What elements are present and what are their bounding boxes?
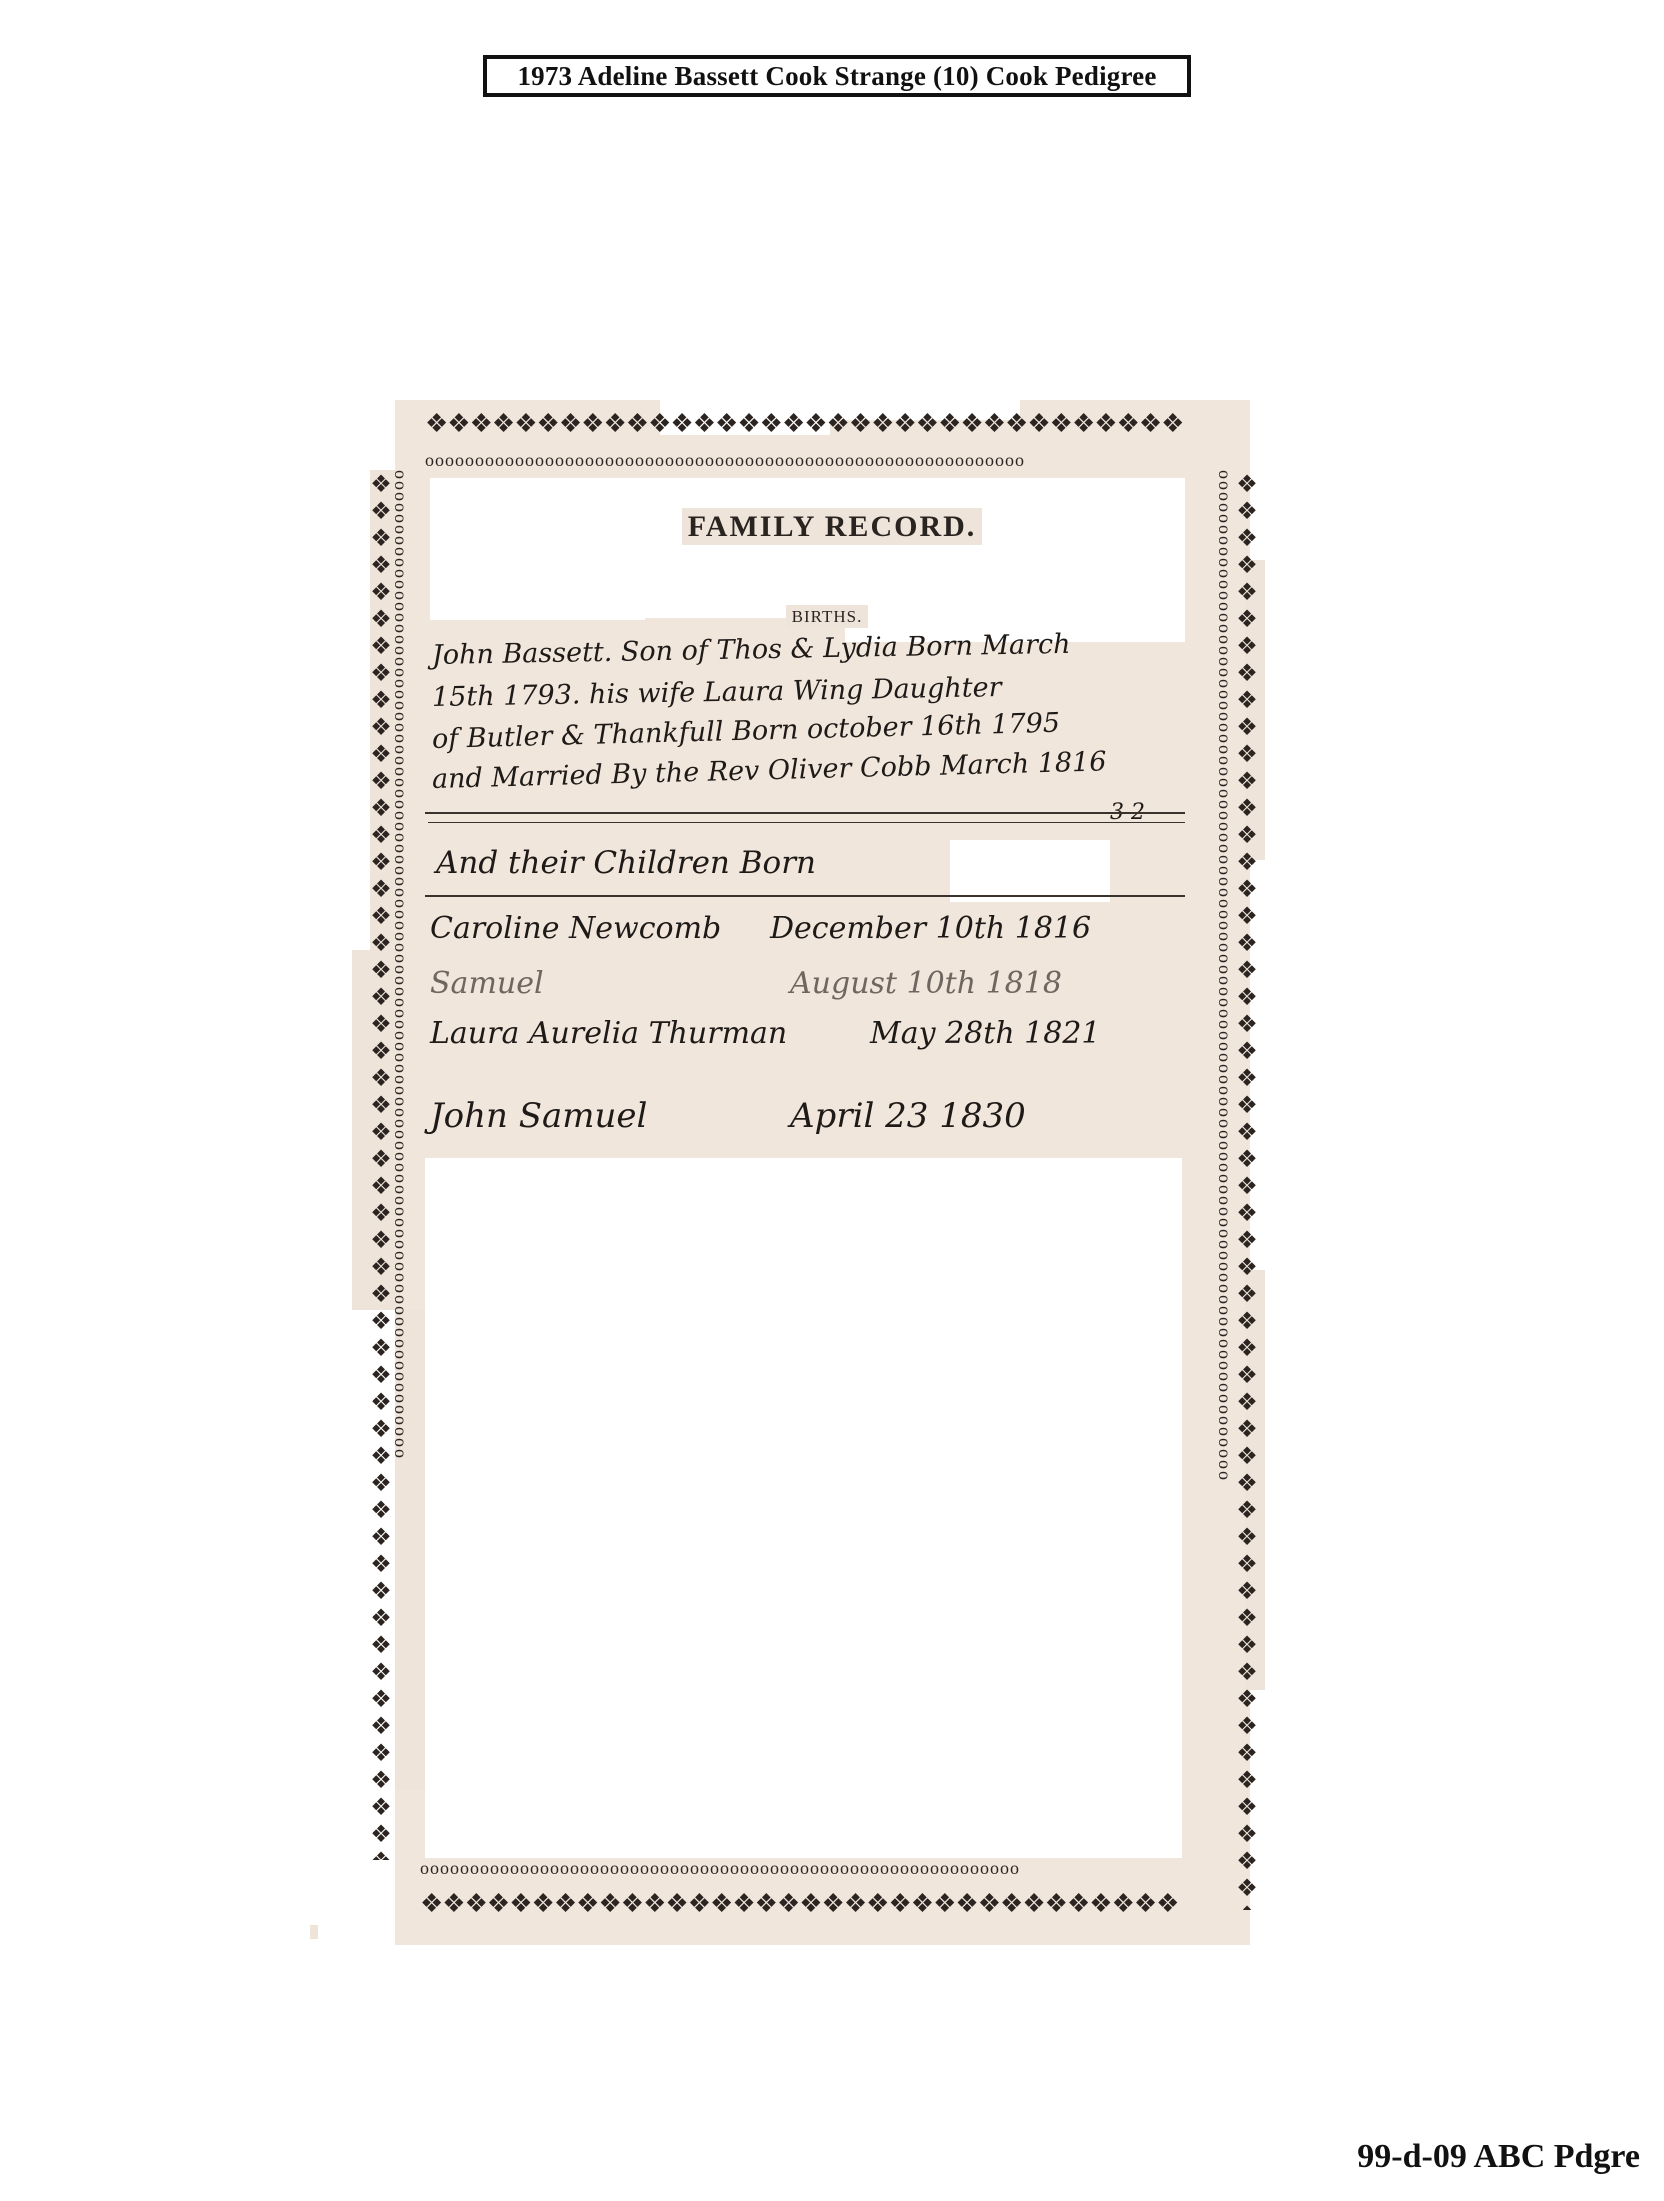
blank-area-bottom bbox=[425, 1158, 1182, 1858]
child-birth-date: May 28th 1821 bbox=[870, 1016, 1101, 1051]
record-heading: FAMILY RECORD. bbox=[0, 510, 1664, 544]
child-entry: John Samuel April 23 1830 bbox=[430, 1090, 1190, 1142]
document-title: 1973 Adeline Bassett Cook Strange (10) C… bbox=[517, 61, 1156, 92]
diamond-row: ❖❖❖❖❖❖❖❖❖❖❖❖❖❖❖❖❖❖❖❖❖❖❖❖❖❖❖❖❖❖❖❖❖❖ bbox=[425, 410, 1240, 438]
paper-scrap bbox=[310, 1925, 318, 1939]
child-birth-date: December 10th 1816 bbox=[770, 911, 1091, 946]
ornamental-border-bottom: ❖❖❖❖❖❖❖❖❖❖❖❖❖❖❖❖❖❖❖❖❖❖❖❖❖❖❖❖❖❖❖❖❖❖ ooooo… bbox=[420, 1858, 1220, 1918]
divider-line bbox=[425, 895, 1185, 897]
dot-column: oooooooooooooooooooooooooooooooooooooooo… bbox=[1216, 470, 1234, 1910]
child-birth-date: August 10th 1818 bbox=[790, 966, 1062, 1001]
child-name: John Samuel bbox=[430, 1096, 647, 1136]
child-entry: Samuel August 10th 1818 bbox=[430, 960, 1190, 1012]
child-name: Laura Aurelia Thurman bbox=[430, 1016, 787, 1051]
blank-area-top bbox=[430, 478, 1185, 618]
ornamental-border-top: ❖❖❖❖❖❖❖❖❖❖❖❖❖❖❖❖❖❖❖❖❖❖❖❖❖❖❖❖❖❖❖❖❖❖ ooooo… bbox=[425, 410, 1240, 470]
child-entry: Laura Aurelia Thurman May 28th 1821 bbox=[430, 1010, 1190, 1062]
child-name: Caroline Newcomb bbox=[430, 911, 721, 946]
divider-line bbox=[428, 822, 1185, 823]
divider-line bbox=[425, 812, 1185, 814]
redacted-patch bbox=[950, 840, 1110, 902]
document-title-box: 1973 Adeline Bassett Cook Strange (10) C… bbox=[483, 55, 1191, 97]
child-birth-date: April 23 1830 bbox=[790, 1096, 1026, 1136]
ornamental-border-right: ❖❖❖❖❖❖❖❖❖❖❖❖❖❖❖❖❖❖❖❖❖❖❖❖❖❖❖❖❖❖❖❖❖❖❖❖❖❖❖❖… bbox=[1188, 470, 1258, 1910]
document-code: 99-d-09 ABC Pdgre bbox=[1357, 2138, 1640, 2176]
children-heading: And their Children Born bbox=[436, 845, 816, 881]
diamond-column: ❖❖❖❖❖❖❖❖❖❖❖❖❖❖❖❖❖❖❖❖❖❖❖❖❖❖❖❖❖❖❖❖❖❖❖❖❖❖❖❖… bbox=[368, 470, 392, 1860]
dot-row: oooooooooooooooooooooooooooooooooooooooo… bbox=[425, 450, 1240, 470]
dot-row: oooooooooooooooooooooooooooooooooooooooo… bbox=[420, 1858, 1220, 1878]
births-heading: BIRTHS. bbox=[0, 607, 1664, 627]
diamond-row: ❖❖❖❖❖❖❖❖❖❖❖❖❖❖❖❖❖❖❖❖❖❖❖❖❖❖❖❖❖❖❖❖❖❖ bbox=[420, 1890, 1220, 1918]
child-entry: Caroline Newcomb December 10th 1816 bbox=[430, 905, 1190, 957]
child-name: Samuel bbox=[430, 966, 544, 1001]
diamond-column: ❖❖❖❖❖❖❖❖❖❖❖❖❖❖❖❖❖❖❖❖❖❖❖❖❖❖❖❖❖❖❖❖❖❖❖❖❖❖❖❖… bbox=[1234, 470, 1258, 1910]
dot-column: oooooooooooooooooooooooooooooooooooooooo… bbox=[392, 470, 410, 1860]
